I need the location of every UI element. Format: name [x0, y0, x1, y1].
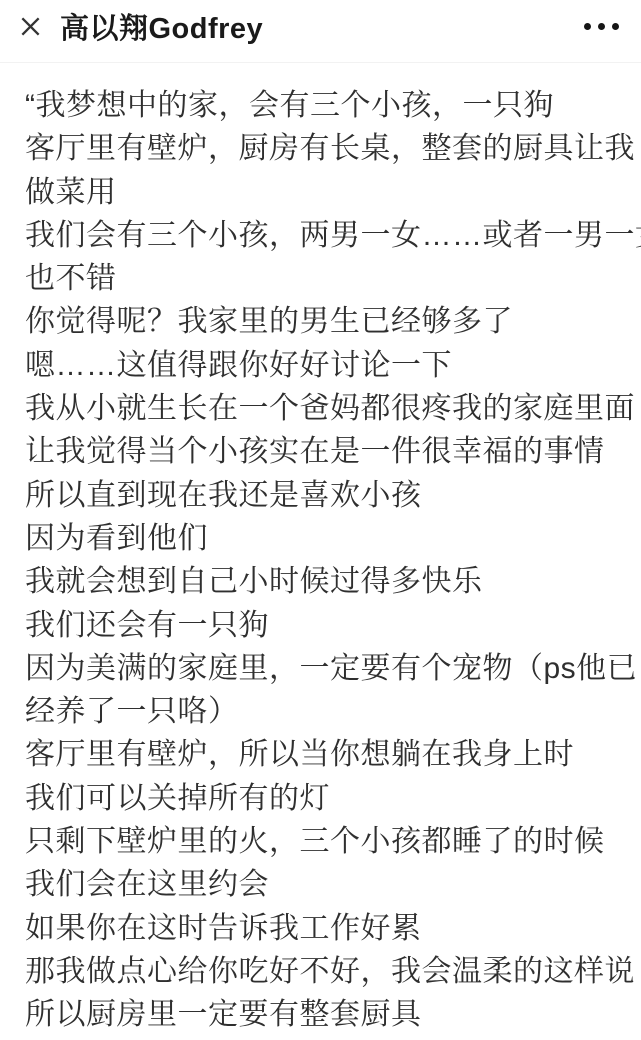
text-line: 做菜用 — [25, 171, 625, 214]
text-line: 我就会想到自己小时候过得多快乐 — [25, 560, 625, 603]
text-line: 客厅里有壁炉，所以当你想躺在我身上时 — [25, 733, 625, 776]
text-line: 让我觉得当个小孩实在是一件很幸福的事情 — [25, 430, 625, 473]
text-line: 所以厨房里一定要有整套厨具 — [25, 993, 625, 1036]
text-line: 我们可以关掉所有的灯 — [25, 777, 625, 820]
text-line: 嗯……这值得跟你好好讨论一下 — [25, 344, 625, 387]
text-line: 客厅里有壁炉，厨房有长桌，整套的厨具让我 — [25, 127, 625, 170]
text-line: 我从小就生长在一个爸妈都很疼我的家庭里面 — [25, 387, 625, 430]
text-line: 你觉得呢？我家里的男生已经够多了 — [25, 300, 625, 343]
page-title: 高以翔Godfrey — [60, 6, 263, 47]
text-line: 那我做点心给你吃好不好，我会温柔的这样说 — [25, 950, 625, 993]
ellipsis-menu-icon — [584, 23, 619, 30]
text-line: 如果你在这时告诉我工作好累 — [25, 907, 625, 950]
text-line: “我梦想中的家，会有三个小孩，一只狗 — [25, 84, 625, 127]
close-button[interactable] — [18, 14, 42, 38]
text-line: 因为美满的家庭里，一定要有个宠物（ps他已 — [25, 647, 625, 690]
article-body[interactable]: “我梦想中的家，会有三个小孩，一只狗客厅里有壁炉，厨房有长桌，整套的厨具让我做菜… — [0, 63, 641, 1037]
text-line: 所以直到现在我还是喜欢小孩 — [25, 474, 625, 517]
text-line: 我们会有三个小孩，两男一女……或者一男一女 — [25, 214, 625, 257]
text-line: 也不错 — [25, 257, 625, 300]
text-line: 因为看到他们 — [25, 517, 625, 560]
text-line: 经养了一只咯） — [25, 690, 625, 733]
app-window: 高以翔Godfrey “我梦想中的家，会有三个小孩，一只狗客厅里有壁炉，厨房有长… — [0, 0, 641, 1040]
close-x-icon — [19, 15, 42, 38]
more-menu-button[interactable] — [582, 19, 621, 34]
title-bar: 高以翔Godfrey — [0, 0, 641, 63]
text-line: 只剩下壁炉里的火，三个小孩都睡了的时候 — [25, 820, 625, 863]
text-line: 我们还会有一只狗 — [25, 604, 625, 647]
text-line: 我们会在这里约会 — [25, 863, 625, 906]
